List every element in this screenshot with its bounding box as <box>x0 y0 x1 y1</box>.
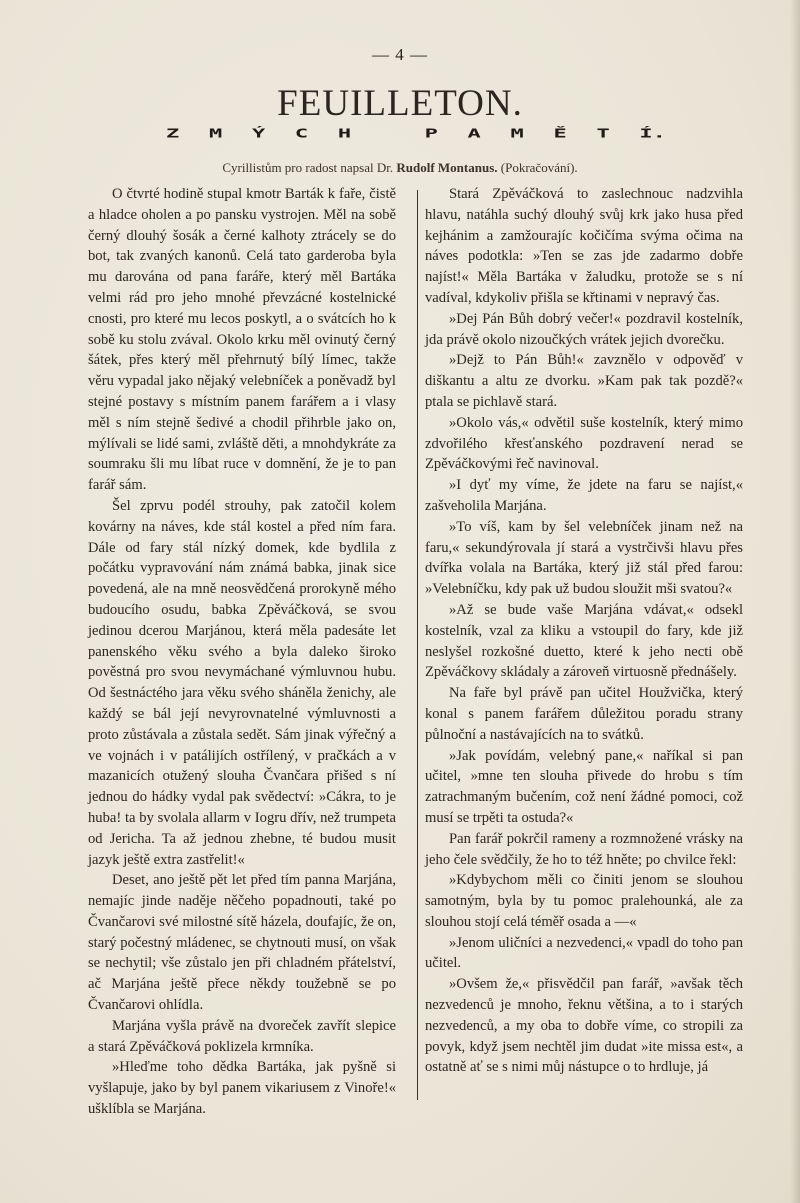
paragraph: O čtvrté hodině stupal kmotr Barták k fa… <box>88 184 396 496</box>
paragraph: Marjána vyšla právě na dvoreček zavřít s… <box>88 1016 396 1058</box>
text-column-left: O čtvrté hodině stupal kmotr Barták k fa… <box>88 184 396 1120</box>
subtitle-letter: T <box>596 127 609 141</box>
paragraph: »Jak povídám, velebný pane,« naříkal si … <box>425 746 743 829</box>
byline-prefix: Cyrillistům pro radost napsal Dr. <box>222 160 393 175</box>
paragraph: Deset, ano ještě pět let před tím panna … <box>88 870 396 1016</box>
subtitle-letter: Ý <box>252 127 265 141</box>
paragraph: »Až se bude vaše Marjána vdávat,« odsekl… <box>425 600 743 683</box>
text-column-right: Stará Zpěváčková to zaslechnouc nadzvihl… <box>425 184 743 1078</box>
paragraph: »Okolo vás,« odvětil suše kostelník, kte… <box>425 413 743 475</box>
subtitle-letter: P <box>425 127 438 141</box>
section-title: FEUILLETON. <box>0 82 800 125</box>
paragraph: »Ovšem že,« přisvědčil pan farář, »avšak… <box>425 974 743 1078</box>
paragraph: Pan farář pokrčil rameny a rozmnožené vr… <box>425 829 743 871</box>
paragraph: »To víš, kam by šel velebníček jinam než… <box>425 517 743 600</box>
byline-author: Rudolf Montanus. <box>396 160 497 175</box>
subtitle-letter: A <box>468 127 481 141</box>
paragraph: »Dejž to Pán Bůh!« zavznělo v odpověď v … <box>425 350 743 412</box>
column-divider <box>417 190 418 1100</box>
subtitle-letter: M <box>209 127 222 141</box>
byline: Cyrillistům pro radost napsal Dr. Rudolf… <box>0 160 800 176</box>
page-edge-shadow <box>790 0 800 1203</box>
subtitle-letter: M <box>511 127 524 141</box>
paragraph: »Jenom uličníci a nezvedenci,« vpadl do … <box>425 933 743 975</box>
subtitle-letter: Í. <box>639 127 666 141</box>
subtitle-letter: C <box>295 127 308 141</box>
paragraph: »Hleďme toho dědka Bartáka, jak pyšně si… <box>88 1057 396 1119</box>
page-number: — 4 — <box>0 45 800 65</box>
article-subtitle: Z M Ý C H P A M Ě T Í. <box>166 127 666 141</box>
paragraph: Stará Zpěváčková to zaslechnouc nadzvihl… <box>425 184 743 309</box>
paragraph: »I dyť my víme, že jdete na faru se nají… <box>425 475 743 517</box>
paragraph: »Dej Pán Bůh dobrý večer!« pozdravil kos… <box>425 309 743 351</box>
paragraph: Na faře byl právě pan učitel Houžvička, … <box>425 683 743 745</box>
byline-suffix: (Pokračování). <box>501 160 578 175</box>
subtitle-letter: Ě <box>553 127 566 141</box>
subtitle-letter: Z <box>166 127 179 141</box>
subtitle-letter: H <box>338 127 351 141</box>
paragraph: »Kdybychom měli co činiti jenom se slouh… <box>425 870 743 932</box>
paragraph: Šel zprvu podél strouhy, pak zatočil kol… <box>88 496 396 870</box>
